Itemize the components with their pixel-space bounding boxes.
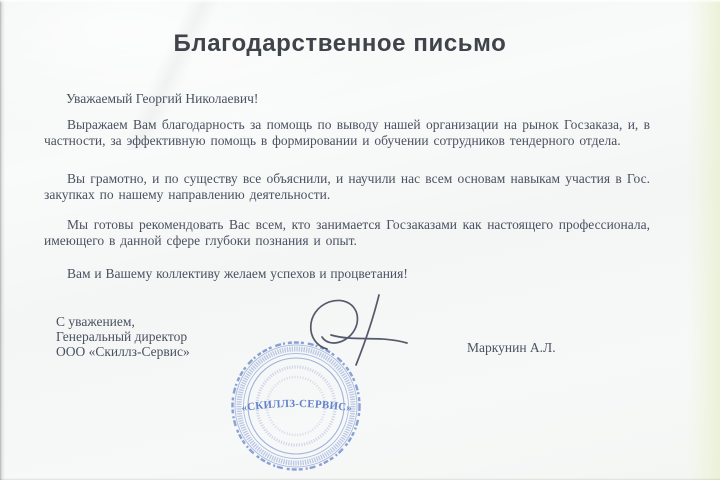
stamp-mid-ring xyxy=(244,354,349,459)
stamp-inner-microtext-arc xyxy=(257,367,335,445)
closing-position: Генеральный директор xyxy=(56,329,190,344)
salutation: Уважаемый Георгий Николаевич! xyxy=(66,91,258,107)
signer-name: Маркунин А.Л. xyxy=(467,340,556,356)
stamp-center-label: «СКИЛЛЗ-СЕРВИС» xyxy=(241,398,353,415)
paragraph-recommendation: Мы готовы рекомендовать Вас всем, кто за… xyxy=(44,217,650,248)
paragraph-training: Вы грамотно, и по существу все объяснили… xyxy=(44,171,650,202)
handwritten-signature xyxy=(293,291,425,371)
stamp-microtext-band xyxy=(239,349,353,463)
signature-cross-stroke xyxy=(331,335,407,343)
stamp-outer-ring xyxy=(235,345,357,467)
stamp-outer-beaded-ring xyxy=(233,343,360,470)
paragraph-wishes: Вам и Вашему коллективу желаем успехов и… xyxy=(44,266,650,282)
signature-loop-stroke xyxy=(311,300,358,349)
signature-tall-stroke xyxy=(356,295,379,365)
letter-title: Благодарственное письмо xyxy=(0,30,680,58)
closing-block: С уважением, Генеральный директор ООО «С… xyxy=(56,314,190,359)
stamp-inner-ring xyxy=(248,358,344,454)
scanned-letter-page: Благодарственное письмо Уважаемый Георги… xyxy=(0,0,720,480)
closing-company: ООО «Скиллз-Сервис» xyxy=(56,344,190,359)
stamp-center-microtext-arc xyxy=(267,377,325,435)
company-stamp-seal: «СКИЛЛЗ-СЕРВИС» xyxy=(226,336,366,476)
paragraph-gratitude: Выражаем Вам благодарность за помощь по … xyxy=(44,117,650,148)
closing-regards: С уважением, xyxy=(56,314,190,329)
